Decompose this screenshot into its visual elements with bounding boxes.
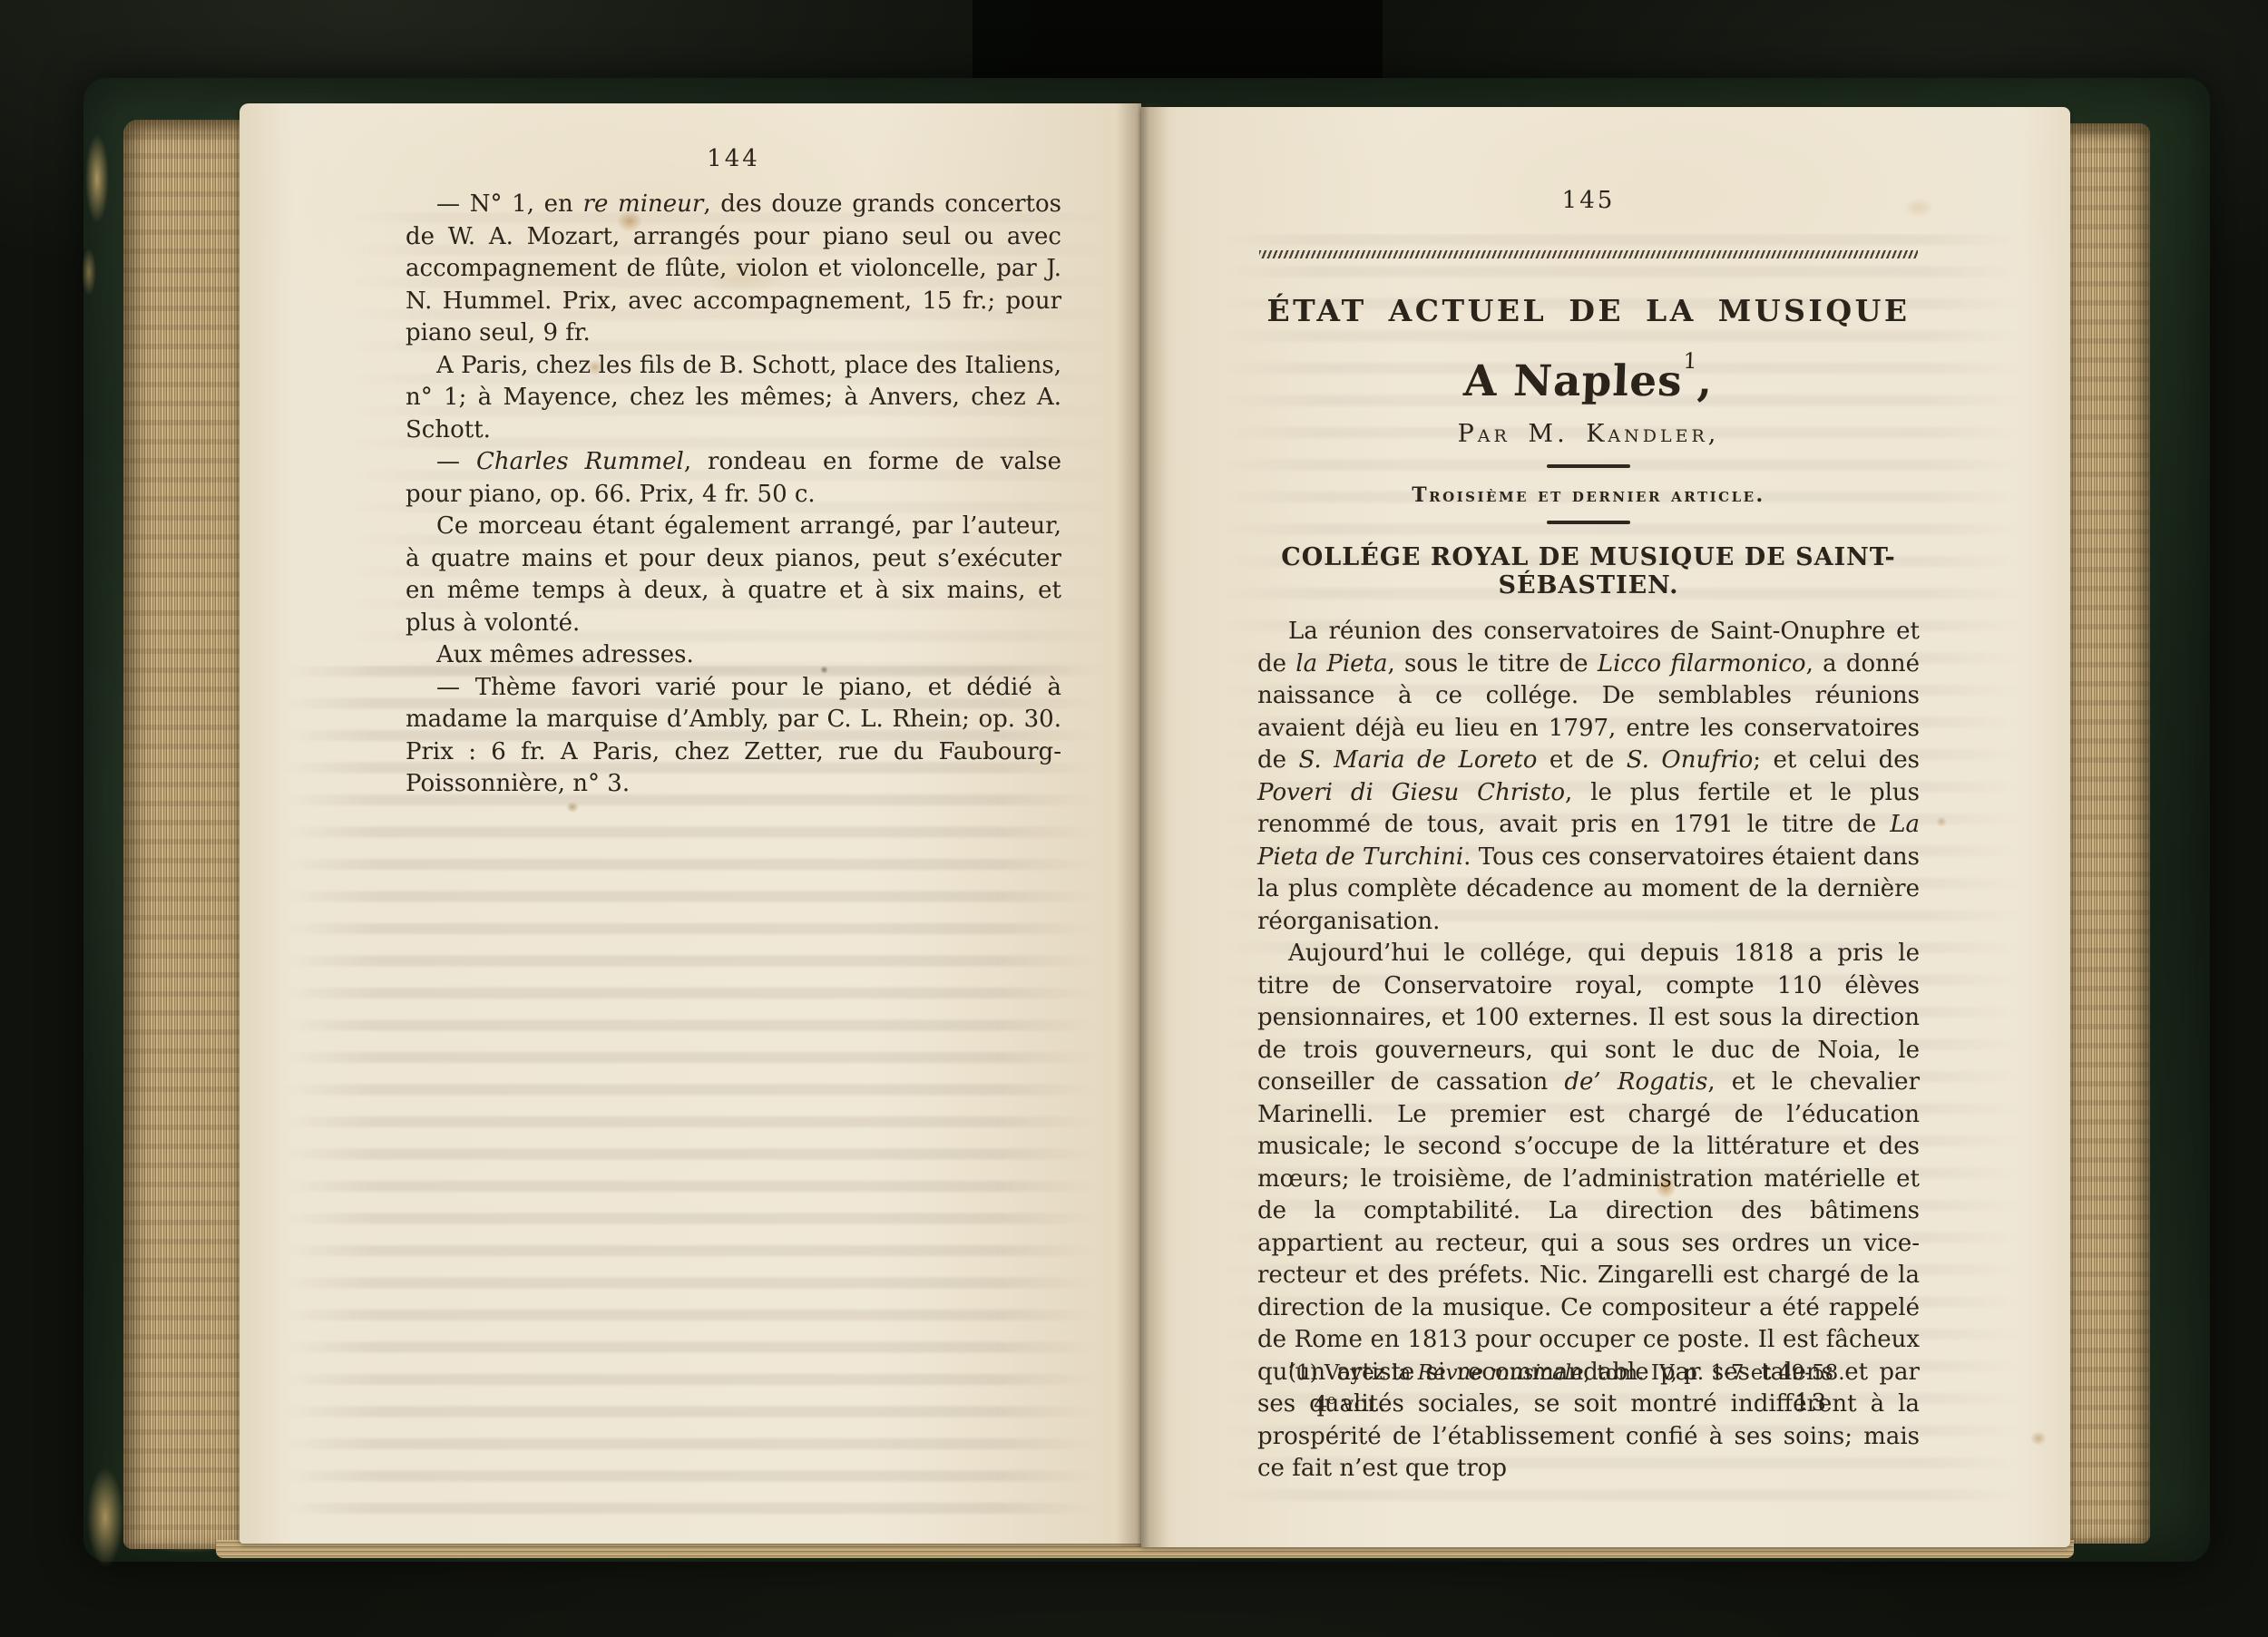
article-title: ÉTAT ACTUEL DE LA MUSIQUE xyxy=(1257,293,1920,328)
right-page: 145 ÉTAT ACTUEL DE LA MUSIQUE A Naples1,… xyxy=(1141,107,2070,1547)
paragraph-arrangement-note: Ce morceau étant également arrangé, par … xyxy=(406,511,1061,639)
gutter-shadow xyxy=(1117,103,1168,1547)
backdrop-shadow xyxy=(973,0,1383,87)
paragraph-conservatoires-reunion: La réunion des conservatoires de Saint-O… xyxy=(1257,616,1920,938)
page-edges-left xyxy=(123,120,241,1549)
photo-backdrop: 144 — N° 1, en re mineur, des douze gran… xyxy=(0,0,2268,1637)
separator-rule xyxy=(1547,464,1630,468)
page-number: 145 xyxy=(1257,187,1920,214)
paragraph-same-addresses: Aux mêmes adresses. xyxy=(406,639,1061,672)
paragraph-rummel-rondeau: — Charles Rummel, rondeau en forme de va… xyxy=(406,446,1061,511)
left-page-text-column: — N° 1, en re mineur, des douze grands c… xyxy=(406,189,1061,801)
page-number: 144 xyxy=(406,145,1061,172)
paragraph-schott-addresses: A Paris, chez les fils de B. Schott, pla… xyxy=(406,350,1061,447)
signature-mark: 13 xyxy=(1794,1389,1828,1417)
cover-corner-wear xyxy=(82,248,96,296)
cover-corner-wear xyxy=(85,134,109,223)
page-edges-right xyxy=(2070,123,2150,1544)
footnote: (1) Voyez la Revue musicale, tom. IV, p.… xyxy=(1288,1360,1932,1387)
section-heading: COLLÉGE ROYAL DE MUSIQUE DE SAINT-SÉBAST… xyxy=(1257,543,1920,599)
separator-rule xyxy=(1547,521,1630,524)
paragraph-mozart-concertos: — N° 1, en re mineur, des douze grands c… xyxy=(406,189,1061,350)
volume-signature: 4e vol. xyxy=(1314,1391,1387,1417)
volume-number: 4 xyxy=(1314,1391,1327,1417)
cover-corner-wear xyxy=(87,1467,123,1567)
wavy-rule-ornament xyxy=(1259,250,1918,258)
byline: Par M. Kandler, xyxy=(1257,420,1920,448)
paragraph-rhein-theme: — Thème favori varié pour le piano, et d… xyxy=(406,672,1061,801)
subtitle-comma: , xyxy=(1696,356,1714,406)
footnote-reference: 1 xyxy=(1683,348,1698,374)
volume-label: vol. xyxy=(1343,1391,1387,1417)
subtitle-text: A Naples xyxy=(1462,356,1683,406)
fox-spot xyxy=(2030,1431,2047,1446)
fox-spot xyxy=(566,802,579,813)
left-page: 144 — N° 1, en re mineur, des douze gran… xyxy=(240,103,1141,1544)
right-page-text-column: ÉTAT ACTUEL DE LA MUSIQUE A Naples1, Par… xyxy=(1257,243,1920,1486)
fox-spot xyxy=(1936,816,1947,827)
article-subtitle: A Naples1, xyxy=(1256,348,1921,406)
volume-ordinal: e xyxy=(1327,1391,1335,1408)
installment-label: Troisième et dernier article. xyxy=(1257,483,1920,507)
